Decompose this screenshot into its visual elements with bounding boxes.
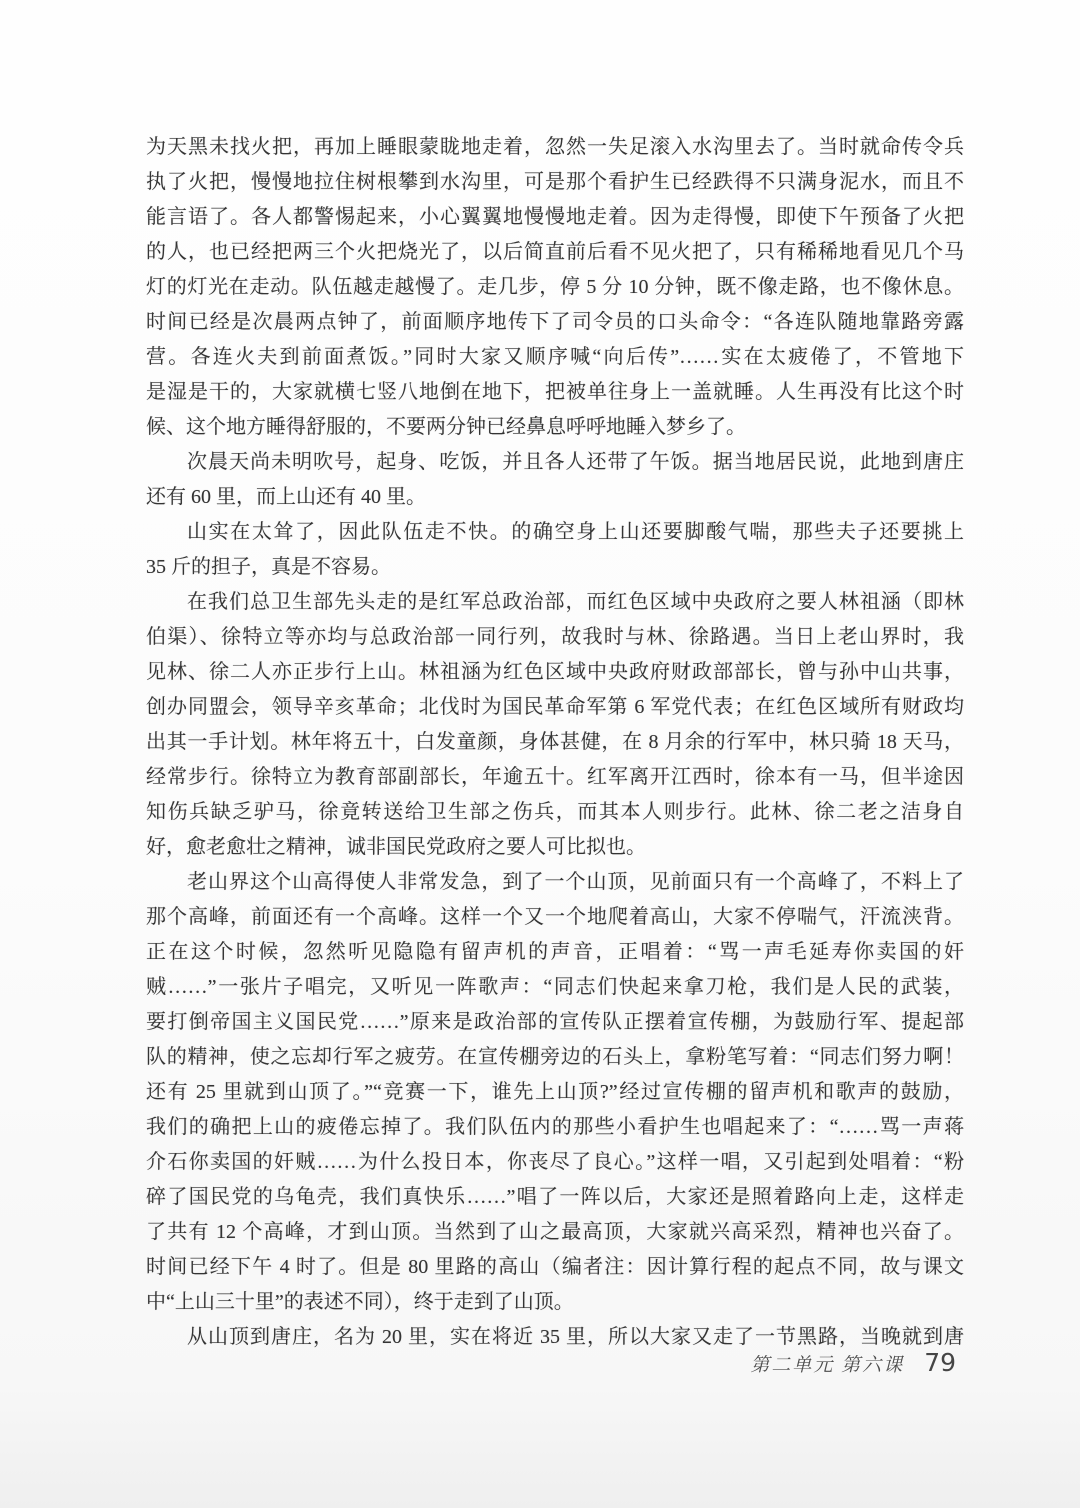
text-line: 次晨天尚未明吹号，起身、吃饭，并且各人还带了午饭。据当地居民说，此地到唐庄	[146, 445, 964, 480]
text-line: 35 斤的担子，真是不容易。	[146, 550, 964, 585]
text-line: 老山界这个山高得使人非常发急，到了一个山顶，见前面只有一个高峰了，不料上了	[146, 865, 964, 900]
text-line: 贼……”一张片子唱完，又听见一阵歌声：“同志们快起来拿刀枪，我们是人民的武装，	[146, 970, 964, 1005]
text-line: 时间已经下午 4 时了。但是 80 里路的高山（编者注：因计算行程的起点不同，故…	[146, 1250, 964, 1285]
text-line: 为天黑未找火把，再加上睡眼蒙眬地走着，忽然一失足滚入水沟里去了。当时就命传令兵	[146, 130, 964, 165]
textbook-page: 为天黑未找火把，再加上睡眼蒙眬地走着，忽然一失足滚入水沟里去了。当时就命传令兵 …	[0, 0, 1080, 1508]
text-line: 是湿是干的，大家就横七竖八地倒在地下，把被单往身上一盖就睡。人生再没有比这个时	[146, 375, 964, 410]
footer-section-label: 第二单元 第六课	[750, 1355, 904, 1376]
text-line: 正在这个时候，忽然听见隐隐有留声机的声音，正唱着：“骂一声毛延寿你卖国的奸	[146, 935, 964, 970]
text-line: 见林、徐二人亦正步行上山。林祖涵为红色区域中央政府财政部部长，曾与孙中山共事，	[146, 655, 964, 690]
body-text-block: 为天黑未找火把，再加上睡眼蒙眬地走着，忽然一失足滚入水沟里去了。当时就命传令兵 …	[146, 130, 964, 1355]
text-line: 营。各连火夫到前面煮饭。”同时大家又顺序喊“向后传”……实在太疲倦了，不管地下	[146, 340, 964, 375]
text-line: 经常步行。徐特立为教育部副部长，年逾五十。红军离开江西时，徐本有一马，但半途因	[146, 760, 964, 795]
text-line: 介石你卖国的奸贼……为什么投日本，你丧尽了良心。”这样一唱，又引起到处唱着：“粉	[146, 1145, 964, 1180]
text-line: 碎了国民党的乌龟壳，我们真快乐……”唱了一阵以后，大家还是照着路向上走，这样走	[146, 1180, 964, 1215]
footer-page-number: 79	[924, 1348, 956, 1378]
text-line: 创办同盟会，领导辛亥革命；北伐时为国民革命军第 6 军党代表；在红色区域所有财政…	[146, 690, 964, 725]
text-line: 我们的确把上山的疲倦忘掉了。我们队伍内的那些小看护生也唱起来了：“……骂一声蒋	[146, 1110, 964, 1145]
text-line: 中“上山三十里”的表述不同），终于走到了山顶。	[146, 1285, 964, 1320]
text-line: 在我们总卫生部先头走的是红军总政治部，而红色区域中央政府之要人林祖涵（即林	[146, 585, 964, 620]
text-line: 能言语了。各人都警惕起来，小心翼翼地慢慢地走着。因为走得慢，即使下午预备了火把	[146, 200, 964, 235]
text-line: 那个高峰，前面还有一个高峰。这样一个又一个地爬着高山，大家不停喘气，汗流浃背。	[146, 900, 964, 935]
text-line: 出其一手计划。林年将五十，白发童颜，身体甚健，在 8 月余的行军中，林只骑 18…	[146, 725, 964, 760]
text-line: 山实在太耸了，因此队伍走不快。的确空身上山还要脚酸气喘，那些夫子还要挑上	[146, 515, 964, 550]
text-line: 还有 25 里就到山顶了。”“竞赛一下，谁先上山顶?”经过宣传棚的留声机和歌声的…	[146, 1075, 964, 1110]
page-footer: 第二单元 第六课 79	[750, 1348, 956, 1378]
text-line: 执了火把，慢慢地拉住树根攀到水沟里，可是那个看护生已经跌得不只满身泥水，而且不	[146, 165, 964, 200]
text-line: 灯的灯光在走动。队伍越走越慢了。走几步，停 5 分 10 分钟，既不像走路，也不…	[146, 270, 964, 305]
text-line: 伯渠）、徐特立等亦均与总政治部一同行列，故我时与林、徐路遇。当日上老山界时，我	[146, 620, 964, 655]
text-line: 还有 60 里，而上山还有 40 里。	[146, 480, 964, 515]
text-line: 的人，也已经把两三个火把烧光了，以后简直前后看不见火把了，只有稀稀地看见几个马	[146, 235, 964, 270]
text-line: 好，愈老愈壮之精神，诚非国民党政府之要人可比拟也。	[146, 830, 964, 865]
text-line: 队的精神，使之忘却行军之疲劳。在宣传棚旁边的石头上，拿粉笔写着：“同志们努力啊！	[146, 1040, 964, 1075]
text-line: 时间已经是次晨两点钟了，前面顺序地传下了司令员的口头命令：“各连队随地靠路旁露	[146, 305, 964, 340]
text-line: 要打倒帝国主义国民党……”原来是政治部的宣传队正摆着宣传棚，为鼓励行军、提起部	[146, 1005, 964, 1040]
text-line: 候、这个地方睡得舒服的，不要两分钟已经鼻息呼呼地睡入梦乡了。	[146, 410, 964, 445]
text-line: 知伤兵缺乏驴马，徐竟转送给卫生部之伤兵，而其本人则步行。此林、徐二老之洁身自	[146, 795, 964, 830]
text-line: 了共有 12 个高峰，才到山顶。当然到了山之最高顶，大家就兴高采烈，精神也兴奋了…	[146, 1215, 964, 1250]
